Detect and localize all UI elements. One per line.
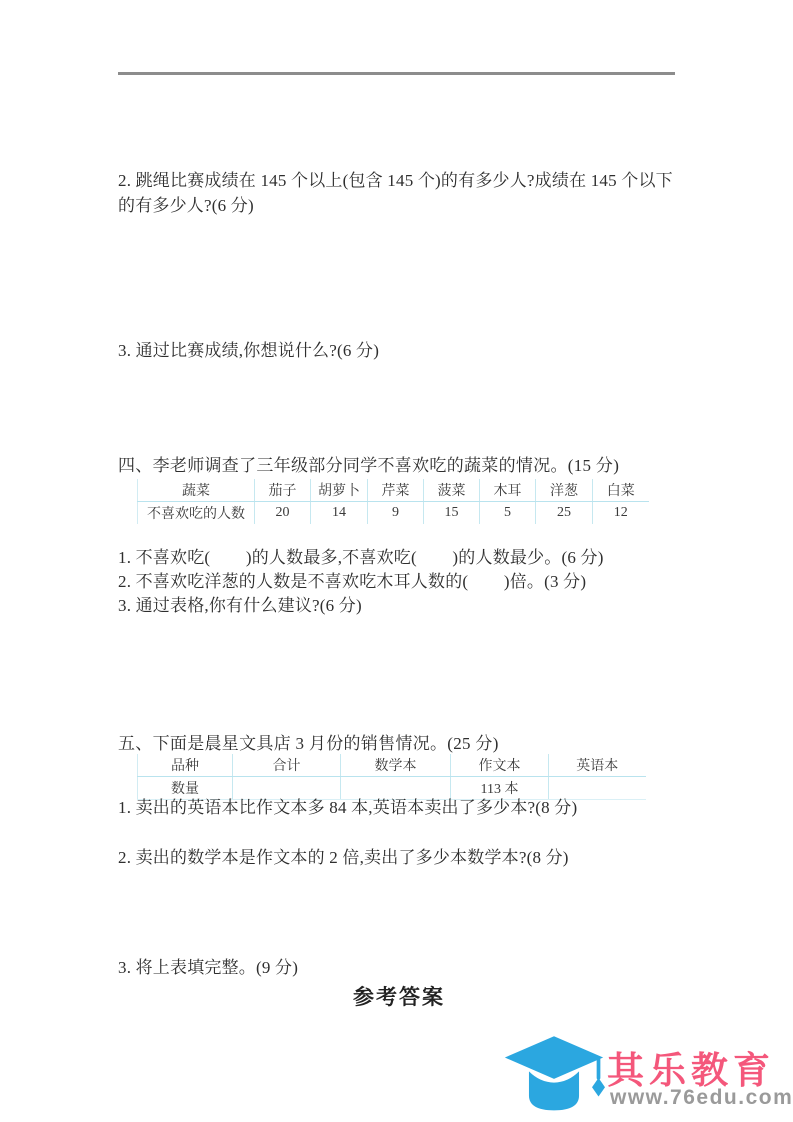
question-jumprope-count: 2. 跳绳比赛成绩在 145 个以上(包含 145 个)的有多少人?成绩在 14… (118, 168, 680, 218)
section5-question-2: 2. 卖出的数学本是作文本的 2 倍,卖出了多少本数学本?(8 分) (118, 845, 680, 870)
stationery-table: 品种 合计 数学本 作文本 英语本 数量 113 本 (137, 754, 646, 800)
question-jumprope-opinion: 3. 通过比赛成绩,你想说什么?(6 分) (118, 338, 680, 363)
section4-title: 四、李老师调查了三年级部分同学不喜欢吃的蔬菜的情况。(15 分) (118, 453, 680, 478)
vegetables-data-row: 不喜欢吃的人数 20 14 9 15 5 25 12 (138, 502, 649, 525)
header-cell-cabbage: 白菜 (593, 479, 649, 502)
header-cell-carrot: 胡萝卜 (311, 479, 368, 502)
value-cabbage: 12 (593, 502, 649, 525)
header-cell-spinach: 菠菜 (424, 479, 480, 502)
row-label-dislike-count: 不喜欢吃的人数 (138, 502, 255, 525)
value-onion: 25 (536, 502, 593, 525)
header-cell-math-book: 数学本 (341, 754, 451, 777)
vegetables-table: 蔬菜 茄子 胡萝卜 芹菜 菠菜 木耳 洋葱 白菜 不喜欢吃的人数 20 14 9… (137, 479, 649, 524)
worksheet-page: 2. 跳绳比赛成绩在 145 个以上(包含 145 个)的有多少人?成绩在 14… (0, 0, 793, 1122)
value-celery: 9 (368, 502, 424, 525)
section5-title: 五、下面是晨星文具店 3 月份的销售情况。(25 分) (118, 731, 680, 756)
section4-question-2: 2. 不喜欢吃洋葱的人数是不喜欢吃木耳人数的( )倍。(3 分) (118, 569, 680, 594)
header-cell-composition-book: 作文本 (451, 754, 549, 777)
header-cell-vegetable: 蔬菜 (138, 479, 255, 502)
section5-question-3: 3. 将上表填完整。(9 分) (118, 955, 680, 980)
value-fungus: 5 (480, 502, 536, 525)
section4-question-1: 1. 不喜欢吃( )的人数最多,不喜欢吃( )的人数最少。(6 分) (118, 545, 680, 570)
reference-answers-heading: 参考答案 (118, 981, 680, 1011)
logo-url-text: www.76edu.com (610, 1086, 793, 1110)
section5-question-1: 1. 卖出的英语本比作文本多 84 本,英语本卖出了多少本?(8 分) (118, 795, 680, 820)
header-cell-eggplant: 茄子 (255, 479, 311, 502)
header-cell-celery: 芹菜 (368, 479, 424, 502)
top-divider (118, 72, 675, 75)
section4-question-3: 3. 通过表格,你有什么建议?(6 分) (118, 593, 680, 618)
graduation-cap-icon (503, 1034, 605, 1120)
header-cell-onion: 洋葱 (536, 479, 593, 502)
header-cell-total: 合计 (233, 754, 341, 777)
header-cell-category: 品种 (138, 754, 233, 777)
header-cell-english-book: 英语本 (549, 754, 646, 777)
vegetables-header-row: 蔬菜 茄子 胡萝卜 芹菜 菠菜 木耳 洋葱 白菜 (138, 479, 649, 502)
value-carrot: 14 (311, 502, 368, 525)
value-eggplant: 20 (255, 502, 311, 525)
header-cell-fungus: 木耳 (480, 479, 536, 502)
value-spinach: 15 (424, 502, 480, 525)
stationery-header-row: 品种 合计 数学本 作文本 英语本 (138, 754, 646, 777)
